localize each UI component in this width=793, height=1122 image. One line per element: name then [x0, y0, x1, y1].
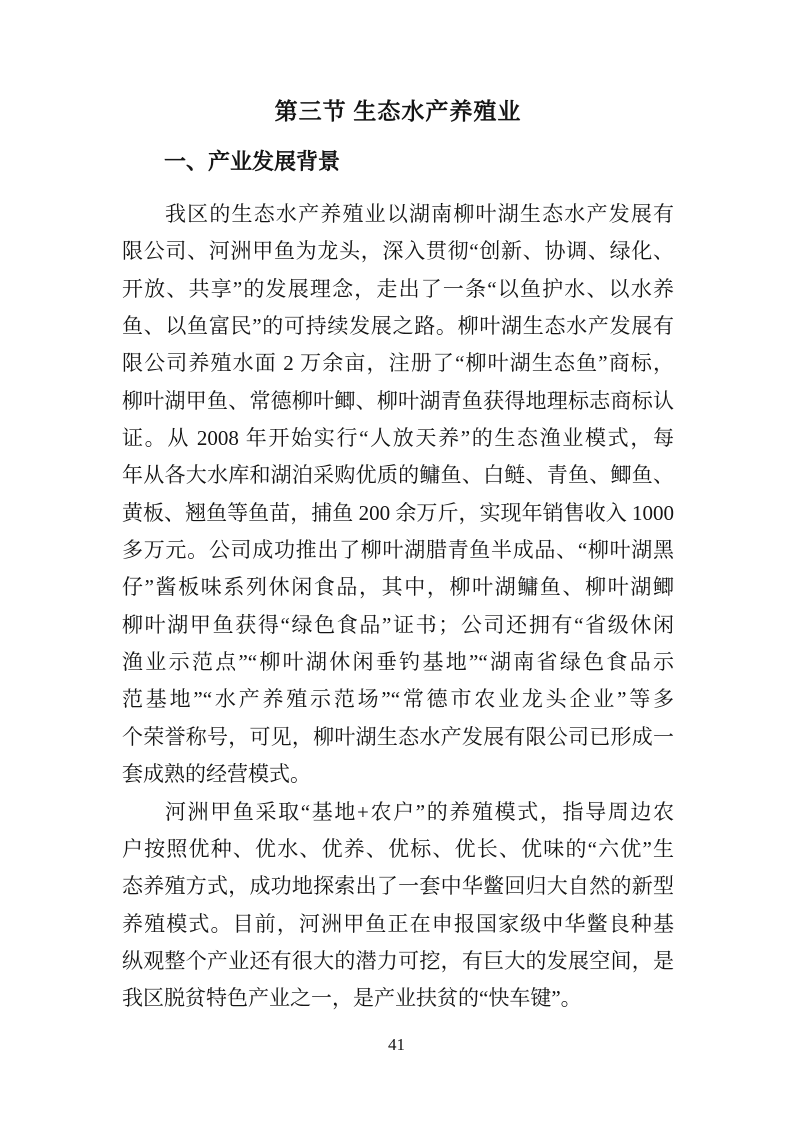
body-line: 柳叶湖甲鱼、常德柳叶鲫、柳叶湖青鱼获得地理标志商标认 — [122, 383, 674, 420]
body-line: 柳叶湖甲鱼获得“绿色食品”证书；公司还拥有“省级休闲 — [122, 607, 674, 644]
body-line: 养殖模式。目前，河洲甲鱼正在申报国家级中华鳖良种基地。 — [122, 906, 674, 943]
body-line: 户按照优种、优水、优养、优标、优长、优味的“六优”生 — [122, 831, 674, 868]
body-line: 范基地”“水产养殖示范场”“常德市农业龙头企业”等多 — [122, 681, 674, 718]
body-line: 限公司、河洲甲鱼为龙头，深入贯彻“创新、协调、绿化、 — [122, 233, 674, 270]
body-line: 个荣誉称号，可见，柳叶湖生态水产发展有限公司已形成一 — [122, 719, 674, 756]
body-line: 限公司养殖水面 2 万余亩，注册了“柳叶湖生态鱼”商标， — [122, 345, 674, 382]
body-line: 我区的生态水产养殖业以湖南柳叶湖生态水产发展有 — [122, 196, 674, 233]
body-line: 仔”酱板味系列休闲食品，其中，柳叶湖鳙鱼、柳叶湖鲫鱼、 — [122, 569, 674, 606]
document-page: 第三节 生态水产养殖业 一、产业发展背景 我区的生态水产养殖业以湖南柳叶湖生态水… — [0, 0, 793, 1122]
section-title: 第三节 生态水产养殖业 — [122, 95, 674, 128]
body-line: 河洲甲鱼采取“基地+农户”的养殖模式，指导周边农 — [122, 794, 674, 831]
body-line: 开放、共享”的发展理念，走出了一条“以鱼护水、以水养 — [122, 271, 674, 308]
body-line: 态养殖方式，成功地探索出了一套中华鳖回归大自然的新型 — [122, 868, 674, 905]
body-line: 多万元。公司成功推出了柳叶湖腊青鱼半成品、“柳叶湖黑 — [122, 532, 674, 569]
body-line: 渔业示范点”“柳叶湖休闲垂钓基地”“湖南省绿色食品示 — [122, 644, 674, 681]
subsection-heading: 一、产业发展背景 — [122, 145, 674, 178]
body-line: 纵观整个产业还有很大的潜力可挖，有巨大的发展空间，是 — [122, 943, 674, 980]
page-number: 41 — [0, 1030, 793, 1060]
body-line: 证。从 2008 年开始实行“人放天养”的生态渔业模式，每 — [122, 420, 674, 457]
body-line: 黄板、翘鱼等鱼苗，捕鱼 200 余万斤，实现年销售收入 1000 — [122, 495, 674, 532]
body-text: 我区的生态水产养殖业以湖南柳叶湖生态水产发展有限公司、河洲甲鱼为龙头，深入贯彻“… — [122, 196, 674, 1018]
body-line: 我区脱贫特色产业之一，是产业扶贫的“快车键”。 — [122, 980, 674, 1017]
body-line: 鱼、以鱼富民”的可持续发展之路。柳叶湖生态水产发展有 — [122, 308, 674, 345]
body-line: 年从各大水库和湖泊采购优质的鳙鱼、白鲢、青鱼、鲫鱼、 — [122, 457, 674, 494]
body-line: 套成熟的经营模式。 — [122, 756, 674, 793]
